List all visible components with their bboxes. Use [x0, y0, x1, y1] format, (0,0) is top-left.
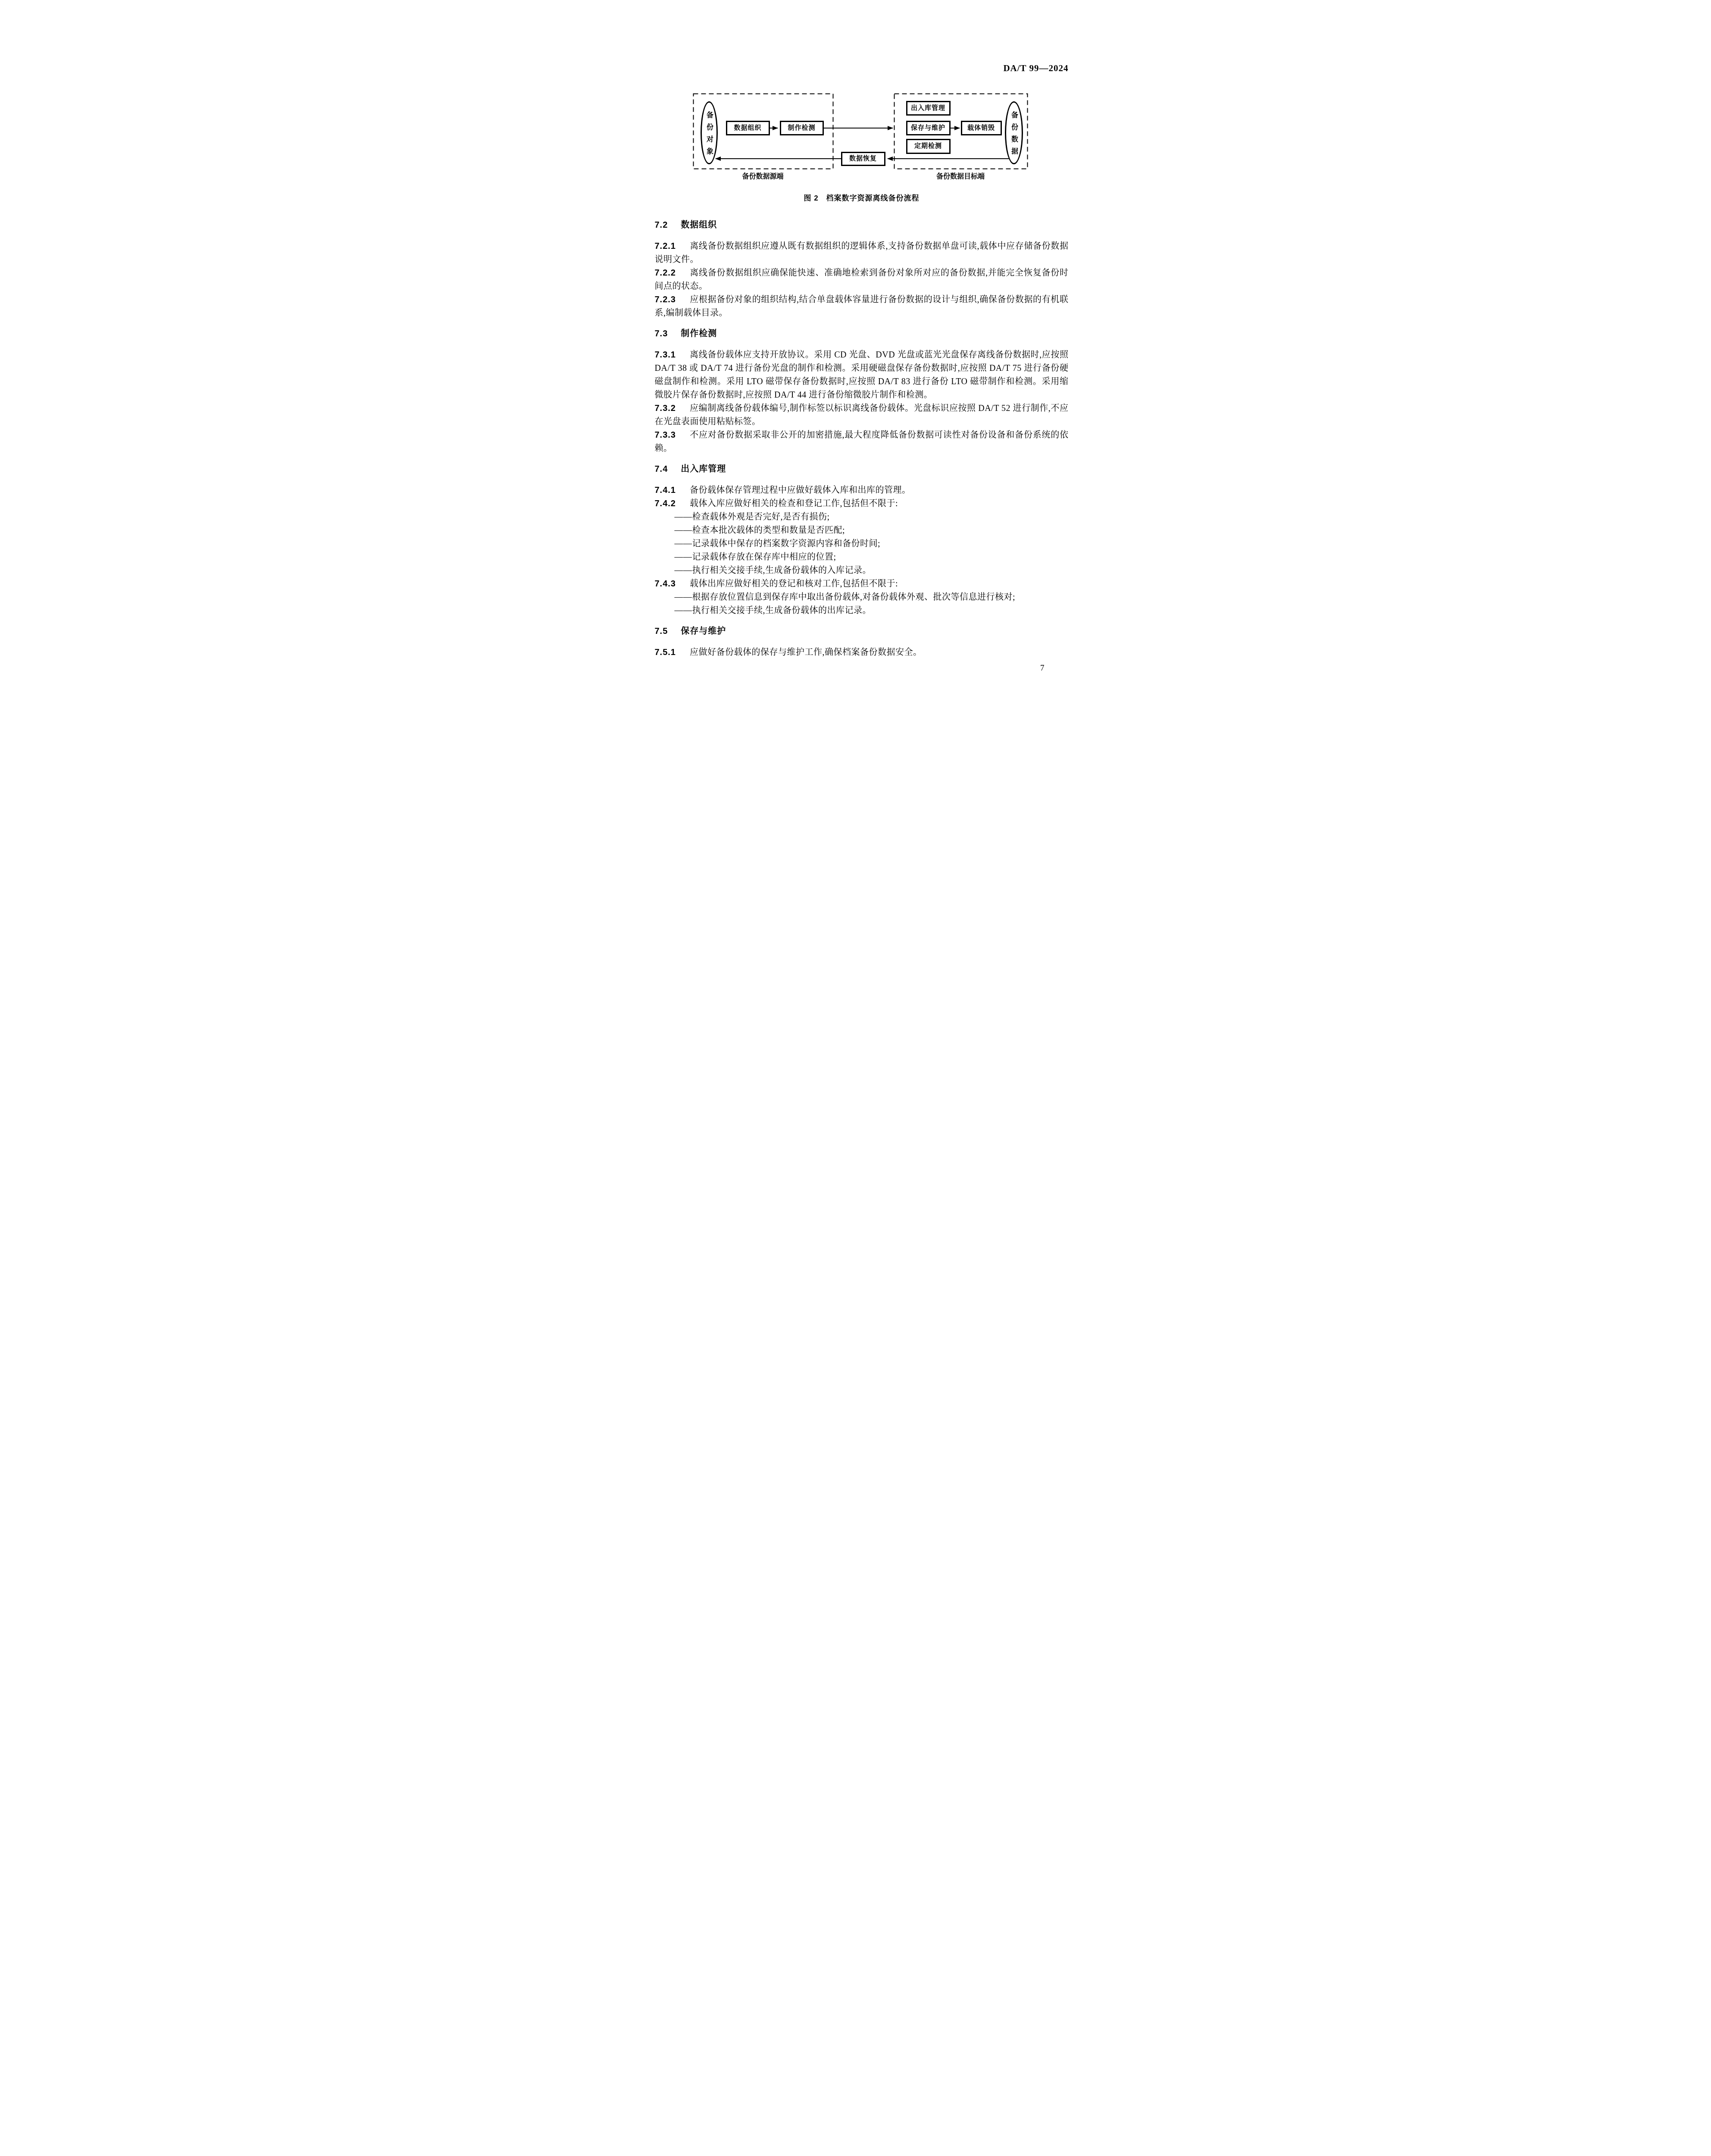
flow-box-data-organization: 数据组织 [726, 121, 770, 135]
section-heading-7-4: 7.4出入库管理 [655, 463, 1069, 475]
figure-caption: 图 2 档案数字资源离线备份流程 [655, 193, 1069, 204]
clause-7-2-2: 7.2.2离线备份数据组织应确保能快速、准确地检索到备份对象所对应的备份数据,并… [655, 266, 1069, 293]
flow-box-production-check: 制作检测 [780, 121, 824, 135]
clause-text: 离线备份数据组织应遵从既有数据组织的逻辑体系,支持备份数据单盘可读,载体中应存储… [655, 241, 1069, 264]
section-number: 7.2 [655, 220, 668, 230]
section-number: 7.5 [655, 627, 668, 636]
clause-text: 离线备份载体应支持开放协议。采用 CD 光盘、DVD 光盘或蓝光光盘保存离线备份… [655, 350, 1069, 400]
clause-number: 7.3.1 [655, 350, 676, 360]
clause-text: 应编制离线备份载体编号,制作标签以标识离线备份载体。光盘标识应按照 DA/T 5… [655, 404, 1069, 426]
clause-text: 备份载体保存管理过程中应做好载体入库和出库的管理。 [690, 486, 911, 495]
list-item: ——记录载体存放在保存库中相应的位置; [655, 551, 1069, 564]
section-heading-7-5: 7.5保存与维护 [655, 625, 1069, 637]
clause-text: 载体出库应做好相关的登记和核对工作,包括但不限于: [690, 579, 898, 589]
clause-7-3-3: 7.3.3不应对备份数据采取非公开的加密措施,最大程度降低备份数据可读性对备份设… [655, 429, 1069, 455]
standard-code: DA/T 99—2024 [1003, 63, 1068, 73]
clause-number: 7.2.1 [655, 241, 676, 251]
flow-box-media-destruction: 载体销毁 [961, 121, 1002, 135]
flow-box-periodic-check: 定期检测 [906, 139, 951, 154]
backup-data-ellipse: 备份数据 [1005, 101, 1023, 164]
section-title: 出入库管理 [681, 464, 726, 474]
backup-object-ellipse: 备份对象 [701, 101, 718, 164]
clause-text: 载体入库应做好相关的检查和登记工作,包括但不限于: [690, 499, 898, 508]
backup-object-label: 备份对象 [706, 111, 713, 160]
clause-number: 7.2.2 [655, 268, 676, 278]
section-title: 保存与维护 [681, 627, 726, 636]
section-number: 7.4 [655, 464, 668, 474]
clause-number: 7.4.2 [655, 499, 676, 508]
clause-7-3-1: 7.3.1离线备份载体应支持开放协议。采用 CD 光盘、DVD 光盘或蓝光光盘保… [655, 348, 1069, 402]
clause-number: 7.4.1 [655, 486, 676, 495]
list-item: ——执行相关交接手续,生成备份载体的入库记录。 [655, 564, 1069, 577]
list-item: ——检查本批次载体的类型和数量是否匹配; [655, 524, 1069, 537]
list-item: ——记录载体中保存的档案数字资源内容和备份时间; [655, 537, 1069, 551]
clause-7-3-2: 7.3.2应编制离线备份载体编号,制作标签以标识离线备份载体。光盘标识应按照 D… [655, 402, 1069, 429]
clause-text: 应做好备份载体的保存与维护工作,确保档案备份数据安全。 [690, 648, 922, 657]
backup-data-label: 备份数据 [1010, 111, 1017, 160]
figure-2-flow-diagram: 备份对象 备份数据 数据组织 制作检测 出入库管理 保存与维护 载体销毁 定期检… [655, 90, 1069, 185]
section-heading-7-2: 7.2数据组织 [655, 219, 1069, 231]
section-title: 制作检测 [681, 329, 717, 338]
section-title: 数据组织 [681, 220, 717, 230]
clause-number: 7.3.2 [655, 404, 676, 413]
clause-number: 7.2.3 [655, 295, 676, 304]
flow-box-preservation: 保存与维护 [906, 121, 951, 135]
clause-7-2-1: 7.2.1离线备份数据组织应遵从既有数据组织的逻辑体系,支持备份数据单盘可读,载… [655, 240, 1069, 266]
clause-7-4-2: 7.4.2载体入库应做好相关的检查和登记工作,包括但不限于: [655, 497, 1069, 511]
target-zone-label: 备份数据目标端 [894, 172, 1027, 181]
list-item: ——检查载体外观是否完好,是否有损伤; [655, 511, 1069, 524]
clause-number: 7.3.3 [655, 430, 676, 440]
page-header: DA/T 99—2024 [655, 63, 1069, 75]
section-heading-7-3: 7.3制作检测 [655, 328, 1069, 340]
clause-7-5-1: 7.5.1应做好备份载体的保存与维护工作,确保档案备份数据安全。 [655, 646, 1069, 659]
clause-text: 应根据备份对象的组织结构,结合单盘载体容量进行备份数据的设计与组织,确保备份数据… [655, 295, 1069, 318]
clause-number: 7.4.3 [655, 579, 676, 589]
flow-box-data-recovery: 数据恢复 [841, 152, 885, 166]
section-number: 7.3 [655, 329, 668, 338]
source-zone-label: 备份数据源端 [693, 172, 833, 181]
clause-number: 7.5.1 [655, 648, 676, 657]
list-item: ——执行相关交接手续,生成备份载体的出库记录。 [655, 604, 1069, 617]
document-page: DA/T 99—2024 备份对象 备份数据 数据组织 制作检测 出入库管理 保… [599, 0, 1112, 726]
page-number: 7 [1040, 663, 1045, 674]
clause-text: 不应对备份数据采取非公开的加密措施,最大程度降低备份数据可读性对备份设备和备份系… [655, 430, 1069, 453]
list-item: ——根据存放位置信息到保存库中取出备份载体,对备份载体外观、批次等信息进行核对; [655, 591, 1069, 604]
clause-7-2-3: 7.2.3应根据备份对象的组织结构,结合单盘载体容量进行备份数据的设计与组织,确… [655, 293, 1069, 320]
clause-7-4-1: 7.4.1备份载体保存管理过程中应做好载体入库和出库的管理。 [655, 484, 1069, 497]
clause-7-4-3: 7.4.3载体出库应做好相关的登记和核对工作,包括但不限于: [655, 577, 1069, 591]
clause-text: 离线备份数据组织应确保能快速、准确地检索到备份对象所对应的备份数据,并能完全恢复… [655, 268, 1069, 291]
flow-box-in-out-management: 出入库管理 [906, 101, 951, 116]
